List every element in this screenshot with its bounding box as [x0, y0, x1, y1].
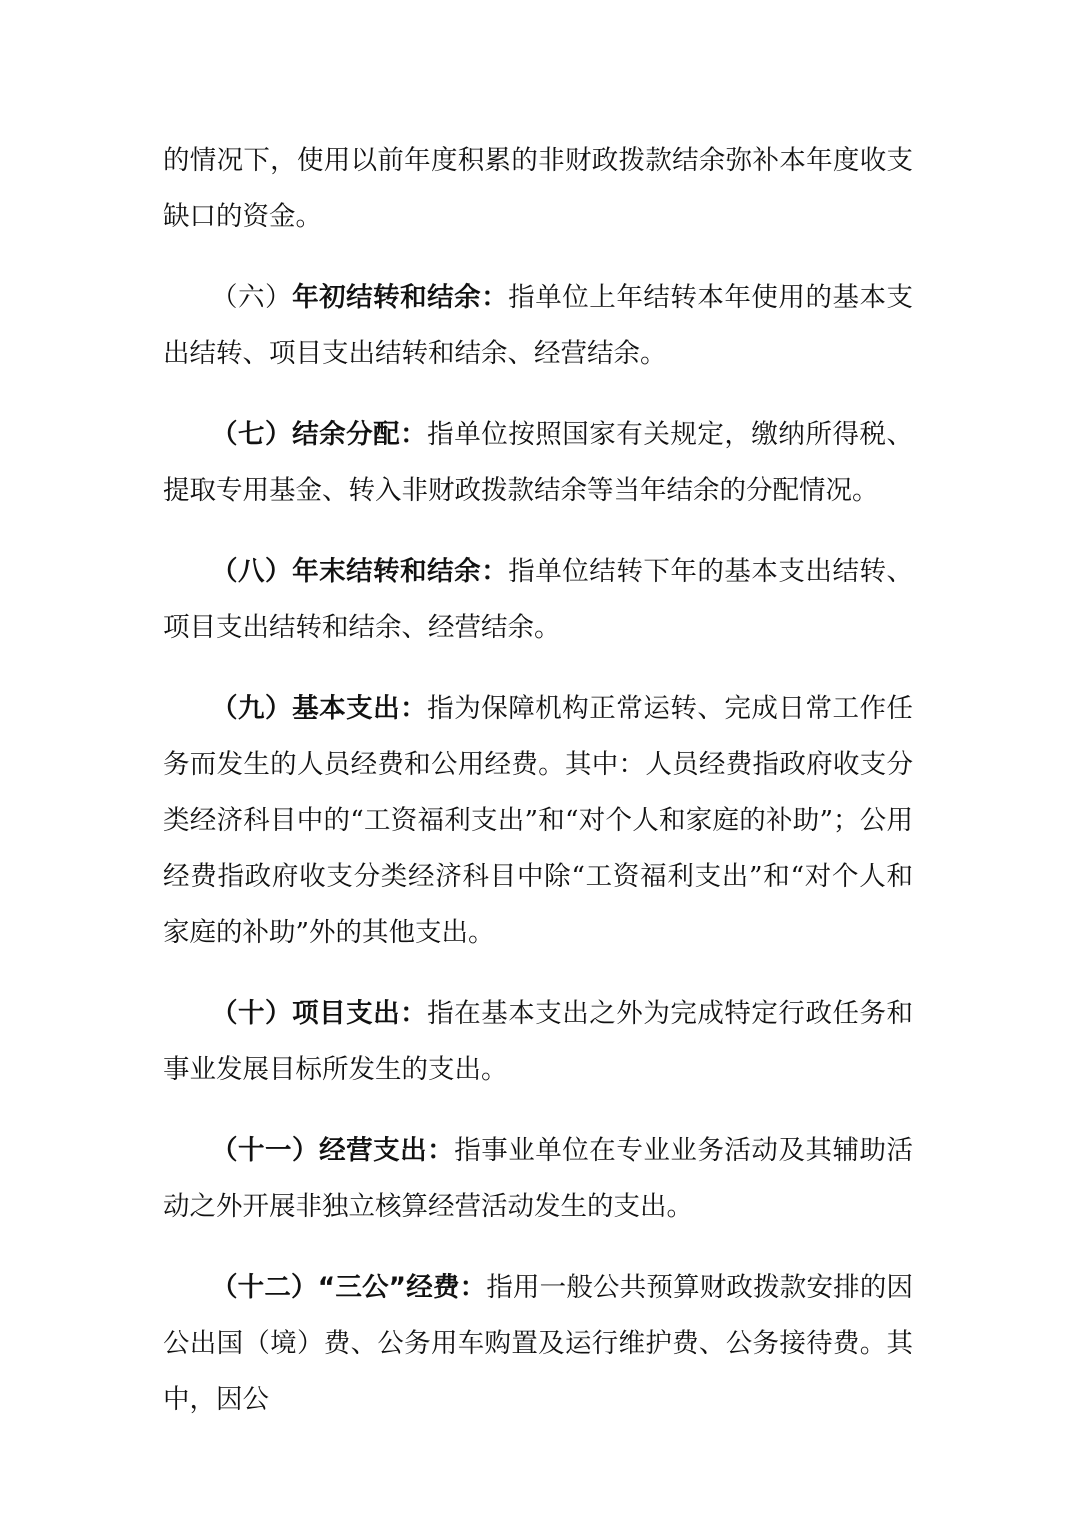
item-number: （十二） [211, 1272, 318, 1303]
term-heading: 项目支出： [292, 998, 427, 1029]
paragraph-definition-8: （八）年末结转和结余：指单位结转下年的基本支出结转、项目支出结转和结余、经营结余… [163, 544, 913, 656]
term-heading: 经营支出： [319, 1135, 454, 1166]
paragraph-definition-11: （十一）经营支出：指事业单位在专业业务活动及其辅助活动之外开展非独立核算经营活动… [163, 1123, 913, 1235]
term-heading: 结余分配： [292, 419, 427, 450]
item-number: （九） [211, 693, 292, 724]
paragraph-text: 的情况下，使用以前年度积累的非财政拨款结余弥补本年度收支缺口的资金。 [163, 145, 913, 232]
paragraph-definition-10: （十）项目支出：指在基本支出之外为完成特定行政任务和事业发展目标所发生的支出。 [163, 986, 913, 1098]
paragraph-definition-9: （九）基本支出：指为保障机构正常运转、完成日常工作任务而发生的人员经费和公用经费… [163, 681, 913, 961]
item-number: （八） [211, 556, 292, 587]
paragraph-definition-7: （七）结余分配：指单位按照国家有关规定，缴纳所得税、提取专用基金、转入非财政拨款… [163, 407, 913, 519]
item-number: （十） [211, 998, 292, 1029]
paragraph-definition-6: （六）年初结转和结余：指单位上年结转本年使用的基本支出结转、项目支出结转和结余、… [163, 270, 913, 382]
item-number: （六） [211, 282, 292, 313]
term-heading: “三公”经费： [318, 1272, 487, 1303]
term-heading: 年末结转和结余： [292, 556, 508, 587]
term-heading: 基本支出： [292, 693, 427, 724]
document-page: 的情况下，使用以前年度积累的非财政拨款结余弥补本年度收支缺口的资金。 （六）年初… [163, 133, 913, 1453]
term-heading: 年初结转和结余： [292, 282, 508, 313]
item-number: （七） [211, 419, 292, 450]
paragraph-definition-12: （十二）“三公”经费：指用一般公共预算财政拨款安排的因公出国（境）费、公务用车购… [163, 1260, 913, 1428]
item-number: （十一） [211, 1135, 319, 1166]
definition-text: 指为保障机构正常运转、完成日常工作任务而发生的人员经费和公用经费。其中：人员经费… [163, 693, 913, 948]
paragraph-continuation: 的情况下，使用以前年度积累的非财政拨款结余弥补本年度收支缺口的资金。 [163, 133, 913, 245]
